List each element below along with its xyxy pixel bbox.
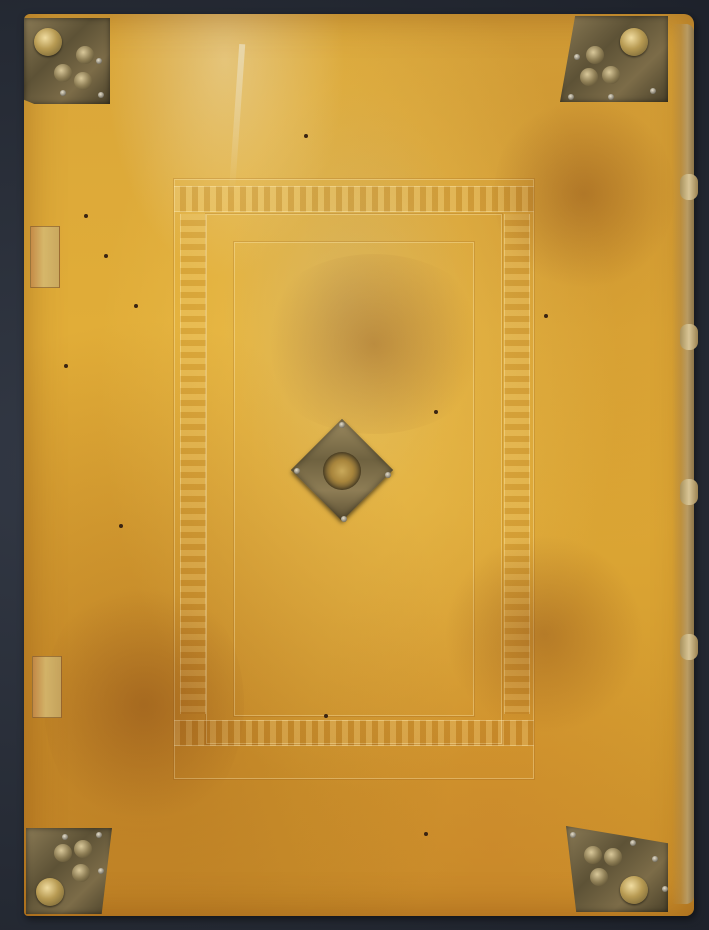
book-spine-edge: [672, 24, 694, 904]
clasp-plate-lower: [32, 656, 62, 718]
nail-head: [650, 88, 656, 94]
stain: [444, 534, 644, 734]
center-boss-ring: [323, 452, 361, 490]
wormhole: [64, 364, 68, 368]
corner-dome: [590, 868, 608, 886]
nail-head: [662, 886, 668, 892]
corner-boss: [36, 878, 64, 906]
nail-head: [385, 472, 391, 478]
nail-head: [60, 90, 66, 96]
nail-head: [568, 94, 574, 100]
corner-dome: [72, 864, 90, 882]
nail-head: [574, 54, 580, 60]
nail-head: [96, 832, 102, 838]
nail-head: [62, 834, 68, 840]
corner-dome: [54, 64, 72, 82]
wormhole: [424, 832, 428, 836]
nail-head: [96, 58, 102, 64]
corner-dome: [74, 72, 92, 90]
wormhole: [434, 410, 438, 414]
clasp-plate-upper: [30, 226, 60, 288]
nail-head: [98, 868, 104, 874]
wormhole: [304, 134, 308, 138]
corner-dome: [76, 46, 94, 64]
corner-dome: [74, 840, 92, 858]
wormhole: [119, 524, 123, 528]
wormhole: [134, 304, 138, 308]
spine-band: [680, 174, 698, 200]
corner-dome: [580, 68, 598, 86]
photo-scene: [0, 0, 709, 930]
stain: [494, 94, 674, 294]
wormhole: [104, 254, 108, 258]
corner-dome: [602, 66, 620, 84]
nail-head: [98, 92, 104, 98]
corner-dome: [54, 844, 72, 862]
leather-crack: [229, 44, 245, 194]
nail-head: [341, 516, 347, 522]
nail-head: [570, 832, 576, 838]
stain: [44, 574, 244, 834]
corner-fitting-top-left: [24, 18, 110, 104]
nail-head: [294, 468, 300, 474]
spine-band: [680, 324, 698, 350]
stain: [254, 254, 494, 434]
spine-band: [680, 479, 698, 505]
nail-head: [630, 840, 636, 846]
corner-boss: [620, 28, 648, 56]
corner-dome: [604, 848, 622, 866]
corner-fitting-top-right: [560, 16, 668, 102]
corner-dome: [586, 46, 604, 64]
corner-boss: [34, 28, 62, 56]
spine-band: [680, 634, 698, 660]
corner-fitting-bottom-left: [26, 828, 112, 914]
wormhole: [324, 714, 328, 718]
nail-head: [652, 856, 658, 862]
corner-boss: [620, 876, 648, 904]
nail-head: [608, 94, 614, 100]
wormhole: [544, 314, 548, 318]
wormhole: [84, 214, 88, 218]
corner-dome: [584, 846, 602, 864]
nail-head: [339, 422, 345, 428]
